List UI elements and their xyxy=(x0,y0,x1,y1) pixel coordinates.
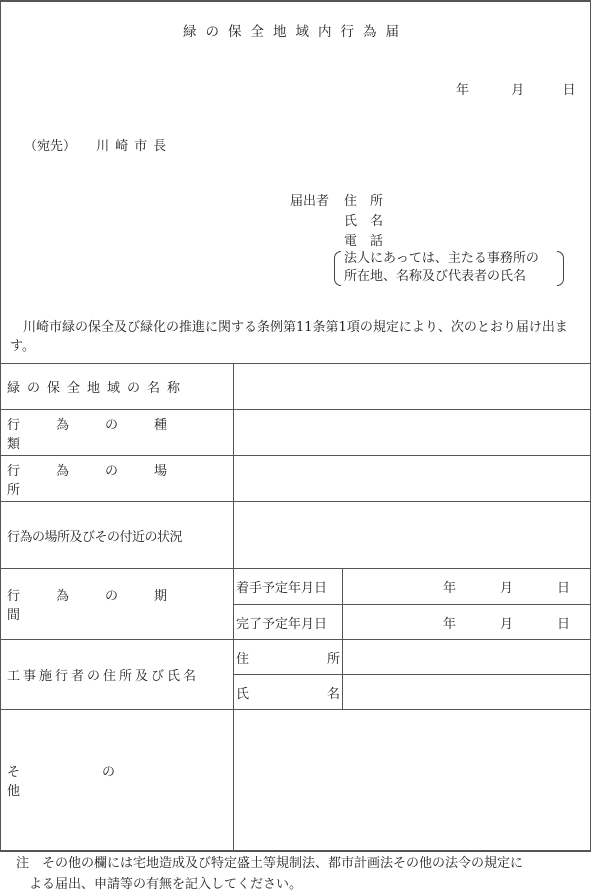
activity-location-field[interactable] xyxy=(234,456,591,502)
form-table: 緑の保全地域の名称 行為の種類 行為の場所 行為の場所及びその付近の状況 行為の… xyxy=(0,363,591,851)
activity-type-field[interactable] xyxy=(234,410,591,456)
addressee-name: 川崎市長 xyxy=(96,139,172,154)
footnote-line2: よる届出、申請等の有無を記入してください。 xyxy=(16,874,523,893)
year-unit: 年 xyxy=(443,577,456,596)
right-bracket-icon xyxy=(557,251,564,286)
row-label: 行為の場所 xyxy=(1,456,234,502)
table-row: 行為の種類 xyxy=(1,410,591,456)
form-title: 緑の保全地域内行為届 xyxy=(0,20,591,40)
start-date-label: 着手予定年月日 xyxy=(234,569,343,605)
applicant-phone-label: 電話 xyxy=(344,232,396,252)
row-label: 行為の場所及びその付近の状況 xyxy=(1,502,234,569)
applicant-label: 届出者 xyxy=(290,192,344,212)
footnote-line1: 注 その他の欄には宅地造成及び特定盛土等規制法、都市計画法その他の法令の規定に xyxy=(16,853,523,874)
table-row: 行為の期間 着手予定年月日 年 月 日 xyxy=(1,569,591,605)
contractor-address-field[interactable] xyxy=(343,640,591,675)
submission-date: 年 月 日 xyxy=(456,79,576,98)
contractor-name-label: 氏名 xyxy=(234,675,343,710)
year-unit: 年 xyxy=(443,613,456,632)
contractor-name-field[interactable] xyxy=(343,675,591,710)
table-row: 行為の場所及びその付近の状況 xyxy=(1,502,591,569)
addressee-label: （宛先） xyxy=(24,139,76,154)
table-row: その他 xyxy=(1,710,591,851)
end-date-field[interactable]: 年 月 日 xyxy=(343,605,591,640)
row-label: その他 xyxy=(1,710,234,851)
month-unit: 月 xyxy=(500,613,513,632)
applicant-name-label: 氏名 xyxy=(344,212,396,232)
row-label: 工事施行者の住所及び氏名 xyxy=(1,640,234,710)
corporate-note-line2: 所在地、名称及び代表者の氏名 xyxy=(344,268,539,286)
start-date-field[interactable]: 年 月 日 xyxy=(343,569,591,605)
table-row: 工事施行者の住所及び氏名 住所 xyxy=(1,640,591,675)
table-row: 行為の場所 xyxy=(1,456,591,502)
end-date-label: 完了予定年月日 xyxy=(234,605,343,640)
month-unit: 月 xyxy=(500,577,513,596)
contractor-address-label: 住所 xyxy=(234,640,343,675)
row-label: 行為の期間 xyxy=(1,569,234,640)
date-year: 年 xyxy=(456,79,469,98)
table-row: 緑の保全地域の名称 xyxy=(1,364,591,410)
location-situation-field[interactable] xyxy=(234,502,591,569)
intro-text: 川崎市緑の保全及び緑化の推進に関する条例第11条第1項の規定により、次のとおり届… xyxy=(10,318,580,356)
other-field[interactable] xyxy=(234,710,591,851)
left-bracket-icon xyxy=(334,251,341,286)
row-label: 行為の種類 xyxy=(1,410,234,456)
date-month: 月 xyxy=(511,79,524,98)
addressee: （宛先） 川崎市長 xyxy=(24,135,172,154)
date-day: 日 xyxy=(563,79,576,98)
applicant-address-label: 住所 xyxy=(344,192,396,212)
green-area-name-field[interactable] xyxy=(234,364,591,410)
day-unit: 日 xyxy=(557,613,570,632)
applicant-block: 届出者住所 氏名 電話 xyxy=(290,192,396,252)
corporate-note: 法人にあっては、主たる事務所の 所在地、名称及び代表者の氏名 xyxy=(334,250,564,286)
corporate-note-line1: 法人にあっては、主たる事務所の xyxy=(344,250,539,268)
row-label: 緑の保全地域の名称 xyxy=(1,364,234,410)
day-unit: 日 xyxy=(557,577,570,596)
footnote: 注 その他の欄には宅地造成及び特定盛土等規制法、都市計画法その他の法令の規定に … xyxy=(16,853,523,893)
